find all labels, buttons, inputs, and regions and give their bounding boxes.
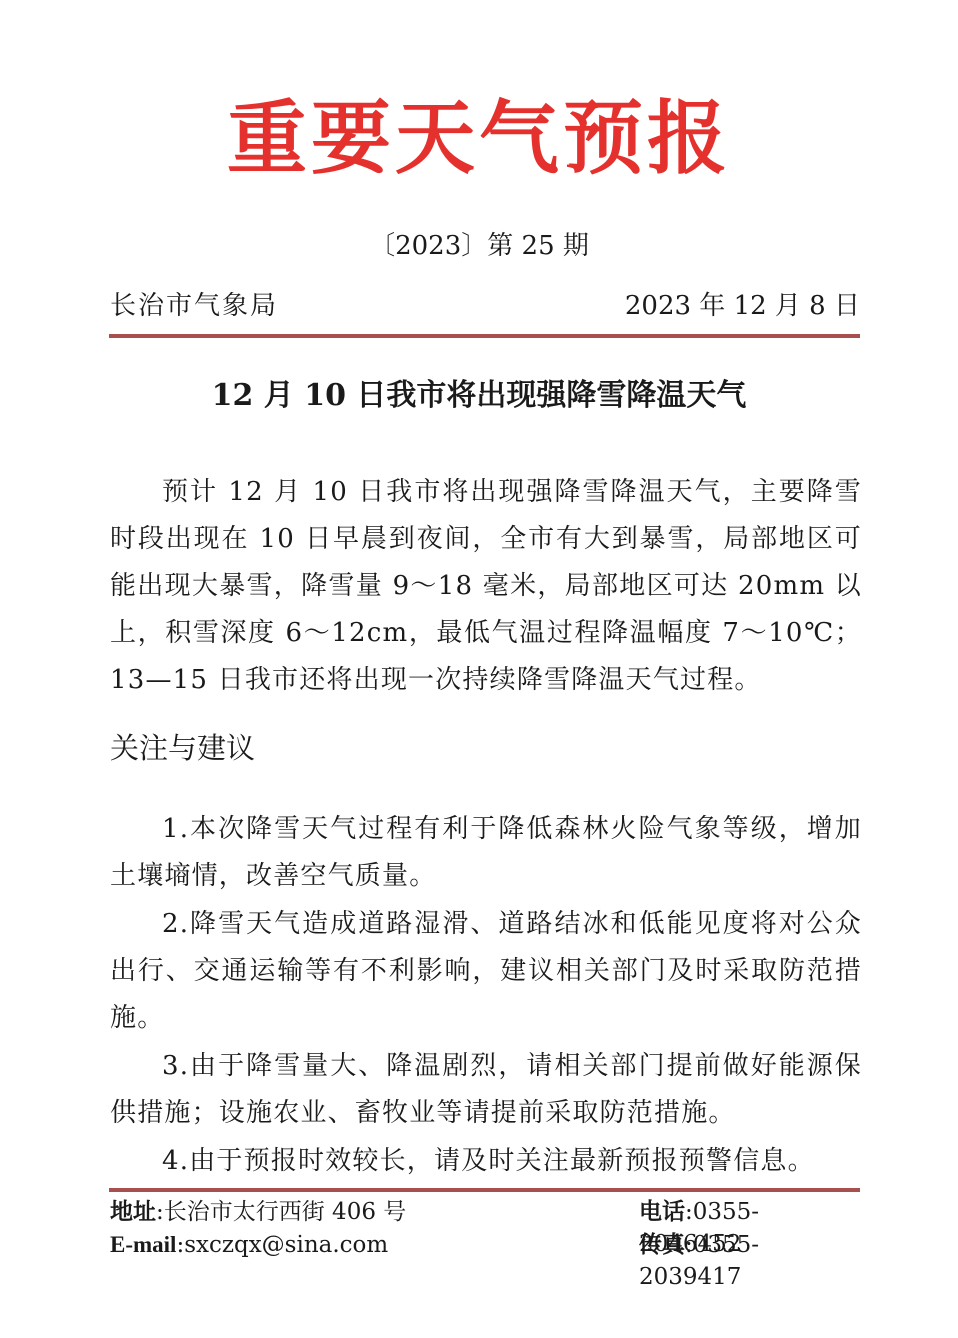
phone-label: 电话 [639,1199,685,1225]
document-title: 重要天气预报 [0,88,958,188]
footer-fax: 传真:0355-2039417 [639,1229,845,1293]
issue-date: 2023 年 12 月 8 日 [625,288,860,324]
section-heading-suggestions: 关注与建议 [110,726,255,770]
intro-paragraph: 预计 12 月 10 日我市将出现强降雪降温天气，主要降雪时段出现在 10 日早… [110,469,862,704]
footer-email: E-mail:sxczqx@sina.com [110,1229,388,1293]
issuer-date-row: 长治市气象局 2023 年 12 月 8 日 [110,288,860,324]
footer-row-email-fax: E-mail:sxczqx@sina.com 传真:0355-2039417 [110,1229,845,1293]
address-label: 地址 [110,1199,156,1225]
issue-number: 〔2023〕第 25 期 [0,228,958,264]
suggestion-item-3: 3.由于降雪量大、降温剧烈，请相关部门提前做好能源保供措施；设施农业、畜牧业等请… [110,1043,862,1137]
article-headline: 12 月 10 日我市将出现强降雪降温天气 [0,374,958,418]
issuing-organization: 长治市气象局 [110,288,278,324]
address-value: :长治市太行西街 406 号 [156,1199,406,1225]
suggestion-item-4: 4.由于预报时效较长，请及时关注最新预报预警信息。 [110,1138,862,1185]
email-value: :sxczqx@sina.com [176,1232,388,1258]
fax-label: 传真 [639,1232,685,1258]
footer-divider [109,1188,860,1192]
email-label: E-mail [110,1232,176,1257]
suggestion-item-2: 2.降雪天气造成道路湿滑、道路结冰和低能见度将对公众出行、交通运输等有不利影响，… [110,901,862,1042]
suggestion-item-1: 1.本次降雪天气过程有利于降低森林火险气象等级，增加土壤墒情，改善空气质量。 [110,806,862,900]
header-divider [109,334,860,338]
